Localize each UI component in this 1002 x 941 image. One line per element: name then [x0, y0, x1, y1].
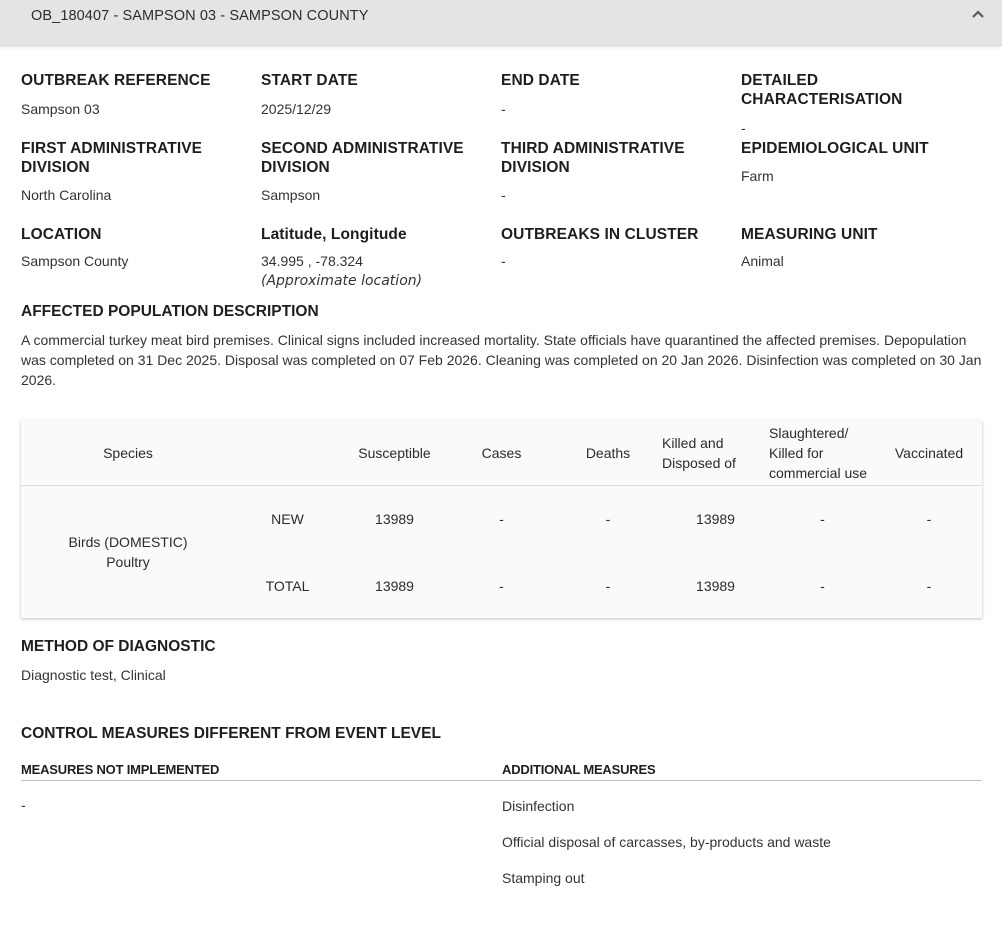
- species-name: Birds (DOMESTIC) Poultry: [21, 486, 235, 618]
- cell-killed-disposed: 13989: [662, 504, 769, 534]
- cell-cases: -: [448, 504, 555, 534]
- field-value: -: [501, 185, 741, 205]
- field-label: SECOND ADMINISTRATIVE DIVISION: [261, 139, 476, 177]
- affected-population-text: A commercial turkey meat bird premises. …: [21, 330, 986, 390]
- fields-row-2: FIRST ADMINISTRATIVE DIVISION North Caro…: [21, 139, 981, 205]
- col-cases: Cases: [448, 420, 555, 486]
- additional-measure-item: Stamping out: [502, 870, 585, 886]
- field-label: LOCATION: [21, 225, 261, 244]
- cell-deaths: -: [555, 571, 661, 601]
- field-label: OUTBREAKS IN CLUSTER: [501, 225, 741, 244]
- species-label: Birds (DOMESTIC) Poultry: [63, 532, 193, 572]
- field-label: OUTBREAK REFERENCE: [21, 71, 261, 90]
- field-value: Farm: [741, 166, 981, 186]
- outbreak-panel-header[interactable]: OB_180407 - SAMPSON 03 - SAMPSON COUNTY: [0, 0, 1002, 46]
- field-label: DETAILED CHARACTERISATION: [741, 71, 981, 109]
- method-of-diagnostic-heading: METHOD OF DIAGNOSTIC: [21, 638, 216, 656]
- field-start-date: START DATE 2025/12/29: [261, 71, 501, 138]
- field-value: North Carolina: [21, 185, 261, 205]
- cell-susceptible: 13989: [341, 571, 448, 601]
- field-label: START DATE: [261, 71, 501, 90]
- method-of-diagnostic-value: Diagnostic test, Clinical: [21, 667, 166, 683]
- additional-measure-item: Official disposal of carcasses, by-produ…: [502, 834, 831, 850]
- col-deaths: Deaths: [555, 420, 661, 486]
- additional-measure-item: Disinfection: [502, 798, 574, 814]
- field-value: -: [501, 251, 741, 271]
- cell-vaccinated: -: [876, 504, 982, 534]
- outbreak-title: OB_180407 - SAMPSON 03 - SAMPSON COUNTY: [31, 8, 369, 24]
- row-type: TOTAL: [235, 571, 340, 601]
- col-susceptible: Susceptible: [341, 420, 448, 486]
- field-outbreaks-in-cluster: OUTBREAKS IN CLUSTER -: [501, 225, 741, 291]
- fields-row-1: OUTBREAK REFERENCE Sampson 03 START DATE…: [21, 71, 981, 138]
- field-value: Sampson 03: [21, 99, 261, 119]
- col-species: Species: [21, 420, 235, 486]
- field-epidemiological-unit: EPIDEMIOLOGICAL UNIT Farm: [741, 139, 981, 205]
- field-value: Animal: [741, 251, 981, 271]
- field-end-date: END DATE -: [501, 71, 741, 138]
- cell-deaths: -: [555, 504, 661, 534]
- field-location: LOCATION Sampson County: [21, 225, 261, 291]
- field-value: Sampson: [261, 185, 501, 205]
- cell-vaccinated: -: [876, 571, 982, 601]
- field-lat-long: Latitude, Longitude 34.995 , -78.324 (Ap…: [261, 225, 501, 291]
- field-first-admin-division: FIRST ADMINISTRATIVE DIVISION North Caro…: [21, 139, 261, 205]
- approximate-location-note: (Approximate location): [261, 271, 501, 291]
- field-second-admin-division: SECOND ADMINISTRATIVE DIVISION Sampson: [261, 139, 501, 205]
- field-label: THIRD ADMINISTRATIVE DIVISION: [501, 139, 701, 177]
- field-measuring-unit: MEASURING UNIT Animal: [741, 225, 981, 291]
- field-third-admin-division: THIRD ADMINISTRATIVE DIVISION -: [501, 139, 741, 205]
- field-value: -: [741, 118, 981, 138]
- additional-measures-heading: ADDITIONAL MEASURES: [502, 762, 655, 777]
- measures-not-implemented-heading: MEASURES NOT IMPLEMENTED: [21, 762, 219, 777]
- field-label: EPIDEMIOLOGICAL UNIT: [741, 139, 981, 158]
- cell-cases: -: [448, 571, 555, 601]
- col-vaccinated: Vaccinated: [876, 420, 982, 486]
- divider: [502, 780, 982, 781]
- cell-killed-disposed: 13989: [662, 571, 769, 601]
- field-label: END DATE: [501, 71, 741, 90]
- fields-row-3: LOCATION Sampson County Latitude, Longit…: [21, 225, 981, 291]
- field-outbreak-reference: OUTBREAK REFERENCE Sampson 03: [21, 71, 261, 138]
- chevron-up-icon[interactable]: [971, 9, 985, 19]
- cell-slaughtered: -: [769, 504, 876, 534]
- cell-susceptible: 13989: [341, 504, 448, 534]
- field-label: FIRST ADMINISTRATIVE DIVISION: [21, 139, 221, 177]
- control-measures-heading: CONTROL MEASURES DIFFERENT FROM EVENT LE…: [21, 725, 441, 743]
- field-value: Sampson County: [21, 251, 261, 271]
- cell-slaughtered: -: [769, 571, 876, 601]
- affected-population-heading: AFFECTED POPULATION DESCRIPTION: [21, 303, 319, 321]
- coordinates-value: 34.995 , -78.324: [261, 251, 501, 271]
- table-header: Species Susceptible Cases Deaths Killed …: [21, 420, 982, 486]
- divider: [21, 780, 502, 781]
- species-table: Species Susceptible Cases Deaths Killed …: [21, 420, 982, 618]
- col-slaughtered: Slaughtered/ Killed for commercial use: [769, 420, 869, 486]
- field-value: -: [501, 99, 741, 119]
- not-implemented-item: -: [21, 797, 26, 813]
- row-type: NEW: [235, 504, 340, 534]
- col-killed-disposed: Killed and Disposed of: [662, 420, 762, 486]
- field-label: MEASURING UNIT: [741, 225, 981, 244]
- field-label: Latitude, Longitude: [261, 225, 501, 244]
- field-detailed-characterisation: DETAILED CHARACTERISATION -: [741, 71, 981, 138]
- col-type: [235, 420, 340, 486]
- field-value: 2025/12/29: [261, 99, 501, 119]
